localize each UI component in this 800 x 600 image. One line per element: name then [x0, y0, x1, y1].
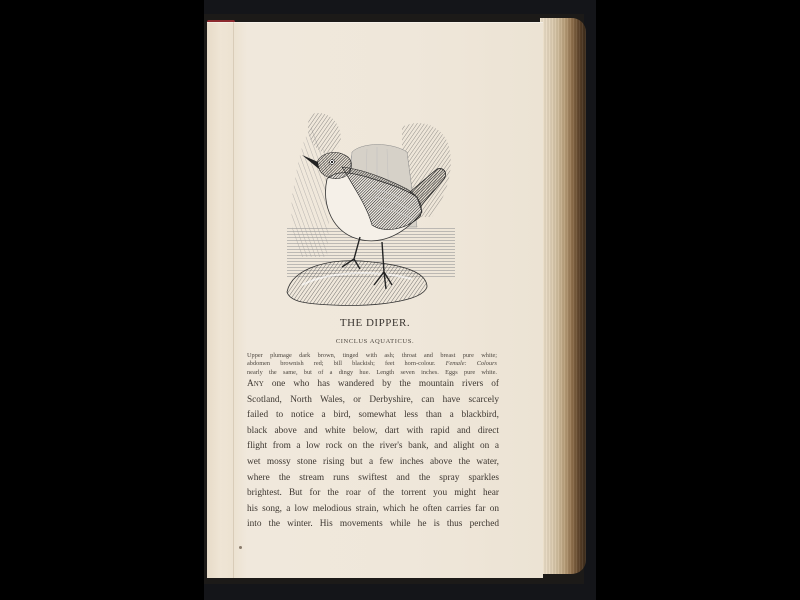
bird-engraving-icon: [282, 107, 460, 312]
body-line: Any one who has wandered by the mountain…: [247, 377, 499, 393]
body-line: his song, a low melodious strain, which …: [247, 502, 499, 518]
description-line: abdomen brownish red; bill blackish; fee…: [247, 360, 497, 368]
body-paragraph: Any one who has wandered by the mountain…: [247, 377, 499, 533]
drop-word: Any: [247, 379, 264, 389]
species-title: THE DIPPER.: [207, 317, 543, 329]
book-page: THE DIPPER. CINCLUS AQUATICUS. Upper plu…: [207, 22, 543, 578]
description-line: Upper plumage dark brown, tinged with as…: [247, 352, 497, 360]
female-label: Female: Colours: [446, 360, 497, 367]
body-line: black above and white below, dart with r…: [247, 424, 499, 440]
body-line: failed to notice a bird, somewhat less t…: [247, 408, 499, 424]
gutter-line: [233, 22, 234, 578]
body-line: into the winter. His movements while he …: [247, 517, 499, 533]
body-line: where the stream runs swiftest and the s…: [247, 471, 499, 487]
body-line: wet mossy stone rising but a few inches …: [247, 455, 499, 471]
body-line: Scotland, North Wales, or Derbyshire, ca…: [247, 393, 499, 409]
species-description: Upper plumage dark brown, tinged with as…: [247, 352, 497, 377]
page-fore-edge: [540, 18, 586, 574]
body-line: brightest. But for the roar of the torre…: [247, 486, 499, 502]
body-line: flight from a low rock on the river's ba…: [247, 439, 499, 455]
description-line: nearly the same, but of a dingy hue. Len…: [247, 369, 497, 377]
latin-name: CINCLUS AQUATICUS.: [207, 338, 543, 345]
paper-speck: [239, 546, 242, 549]
